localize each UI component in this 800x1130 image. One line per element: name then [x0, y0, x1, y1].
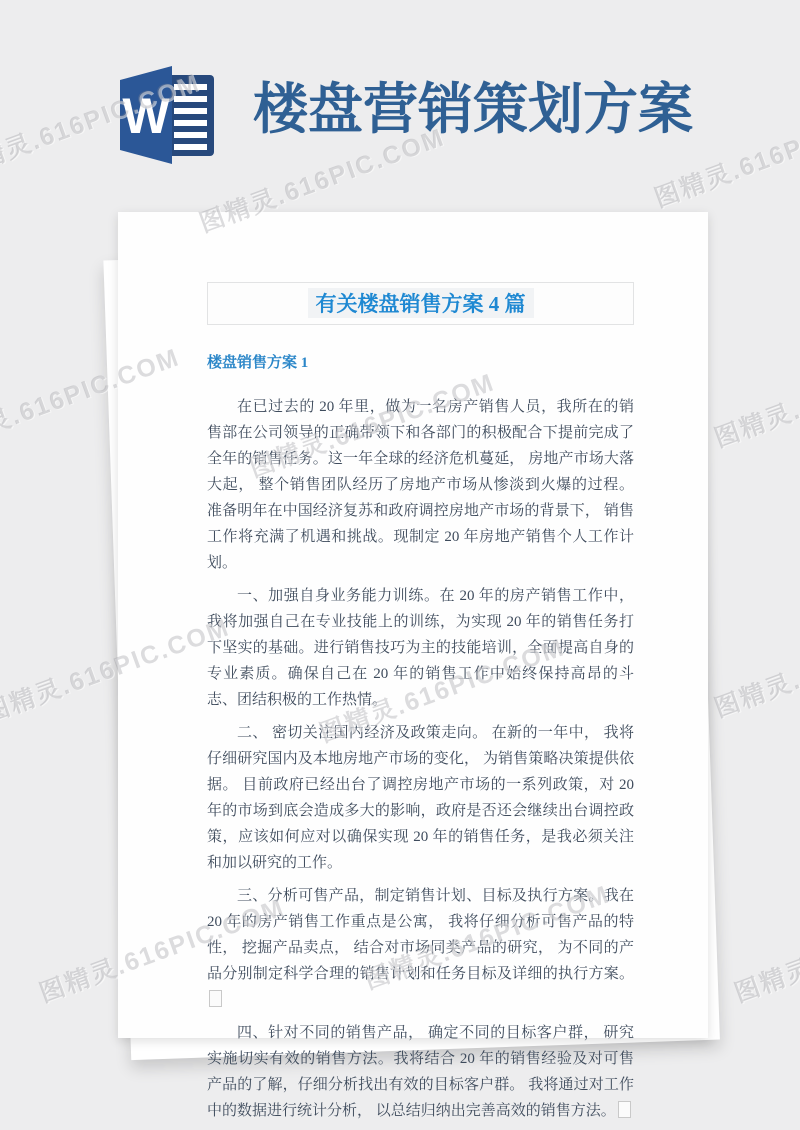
- document-paragraph: 在已过去的 20 年里，做为一名房产销售人员，我所在的销售部在公司领导的正确带领…: [207, 394, 634, 576]
- empty-textbox-marker: [209, 990, 222, 1007]
- document-paragraph: 一、加强自身业务能力训练。在 20 年的房产销售工作中，我将加强自己在专业技能上…: [207, 583, 634, 713]
- document-title-box: 有关楼盘销售方案 4 篇: [207, 282, 634, 325]
- empty-textbox-marker: [618, 1101, 631, 1118]
- document-title: 有关楼盘销售方案 4 篇: [308, 288, 534, 318]
- page-title: 楼盘营销策划方案: [253, 82, 693, 137]
- document-paragraph: 四、针对不同的销售产品， 确定不同的目标客户群， 研究实施切实有效的销售方法。我…: [207, 1020, 634, 1124]
- watermark-text: 图精灵.616PIC.COM: [729, 888, 800, 1010]
- document-paragraph: 二、 密切关注国内经济及政策走向。 在新的一年中， 我将仔细研究国内及本地房地产…: [207, 720, 634, 876]
- word-icon-letter: W: [122, 88, 170, 144]
- document-body: 在已过去的 20 年里，做为一名房产销售人员，我所在的销售部在公司领导的正确带领…: [207, 394, 634, 1124]
- watermark-text: 图精灵.616PIC.COM: [709, 603, 800, 725]
- watermark-text: 图精灵.616PIC.COM: [709, 333, 800, 455]
- word-icon: W: [110, 60, 220, 170]
- document-paragraph: 三、分析可售产品，制定销售计划、目标及执行方案。我在 20 年的房产销售工作重点…: [207, 883, 634, 1013]
- document-page: 有关楼盘销售方案 4 篇 楼盘销售方案 1 在已过去的 20 年里，做为一名房产…: [118, 212, 708, 1038]
- document-heading: 楼盘销售方案 1: [207, 351, 634, 372]
